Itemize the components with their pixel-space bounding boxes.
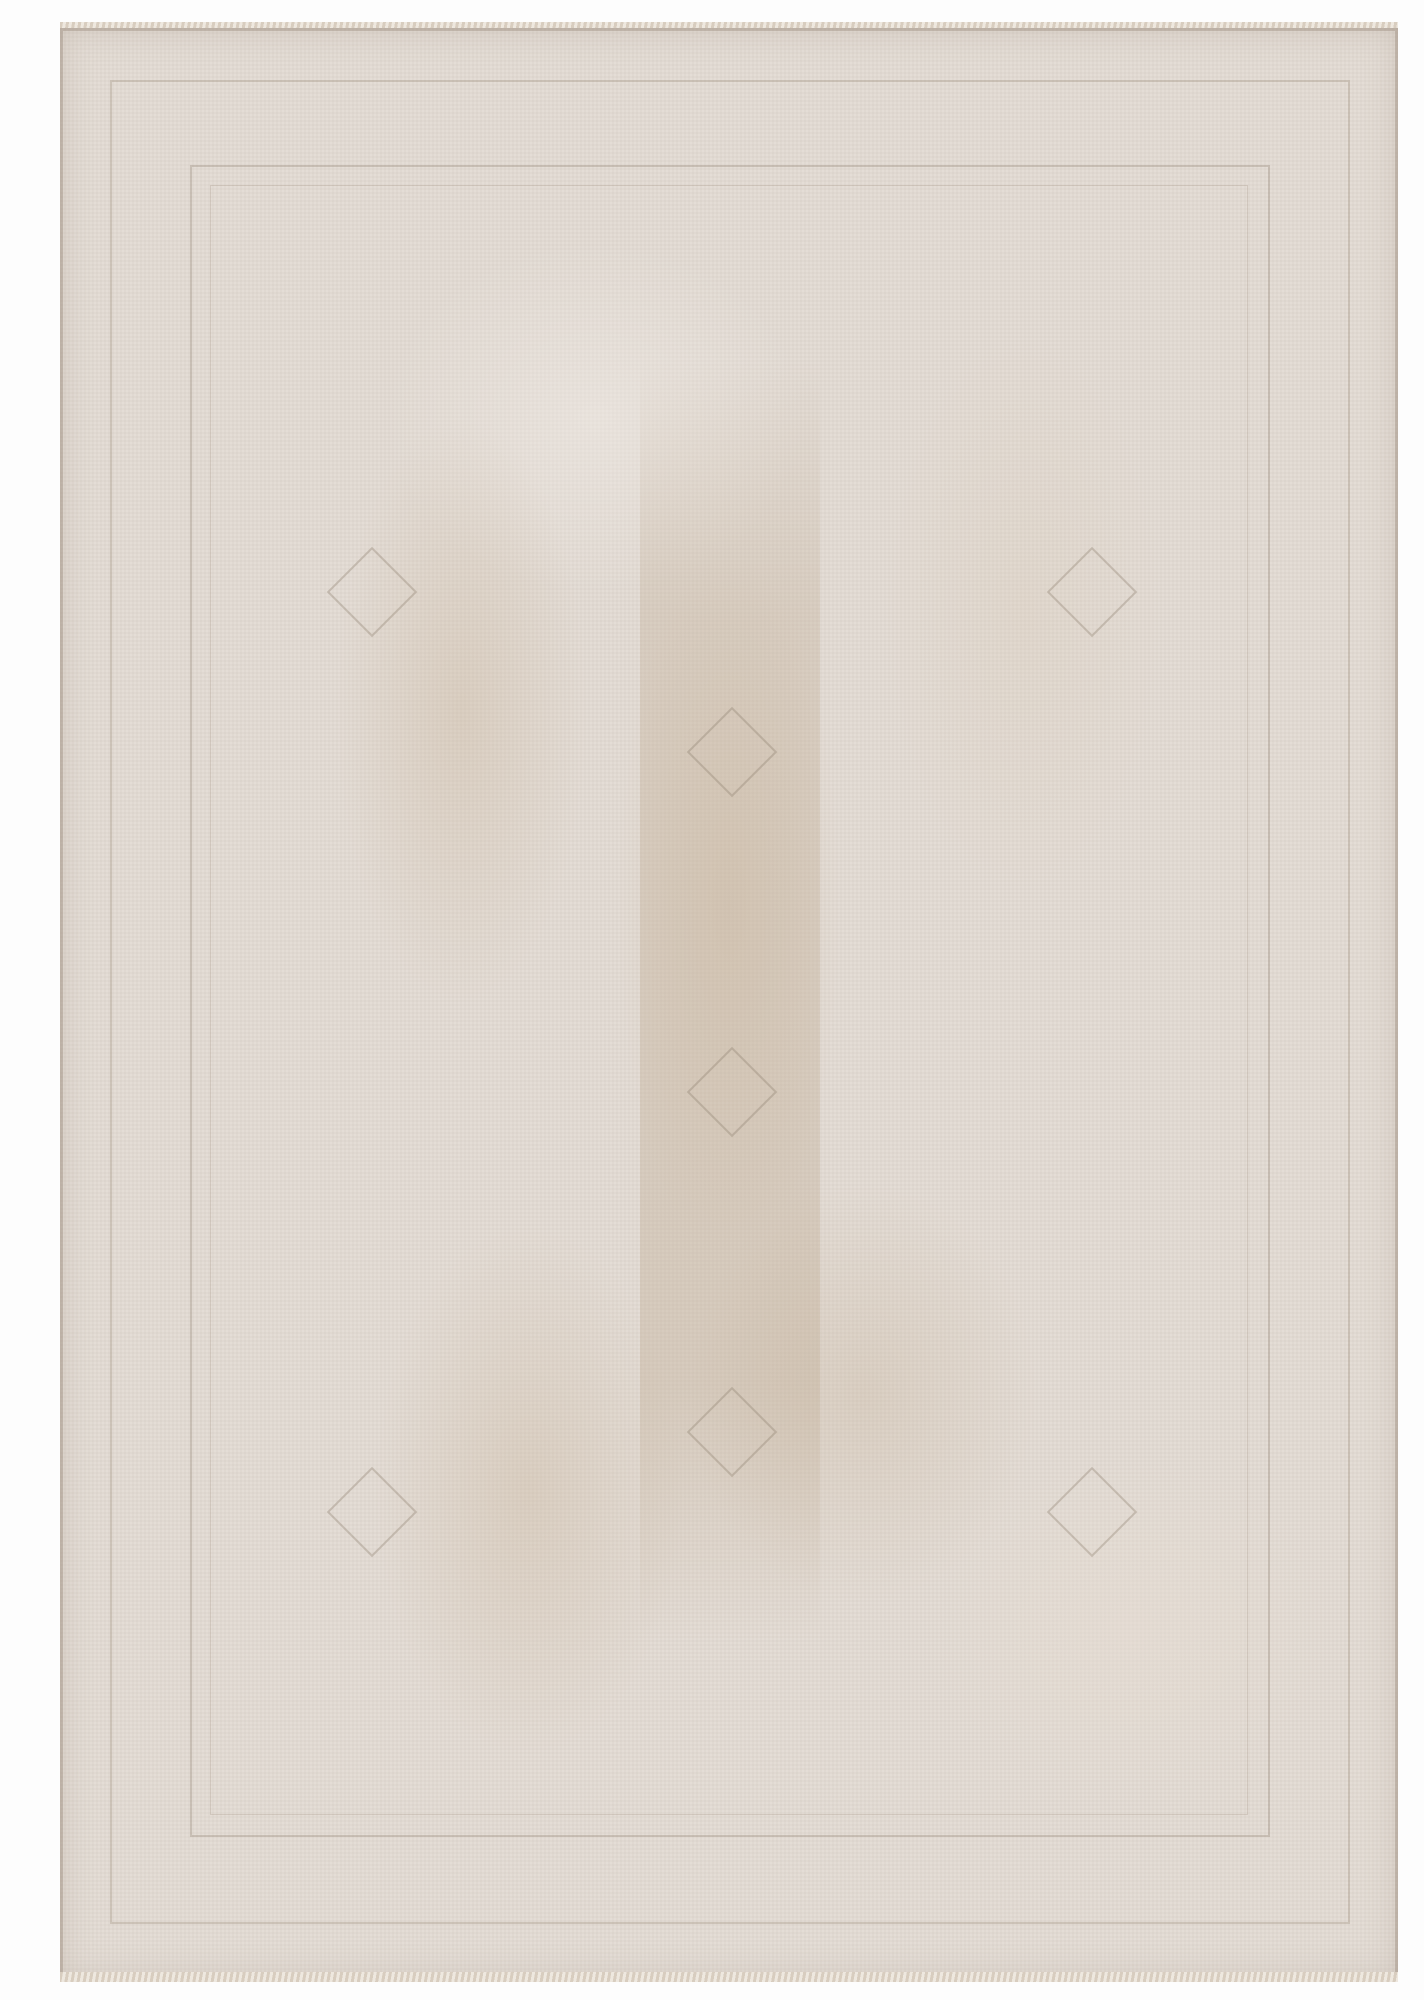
rug-bottom-fringe (60, 1972, 1398, 1982)
